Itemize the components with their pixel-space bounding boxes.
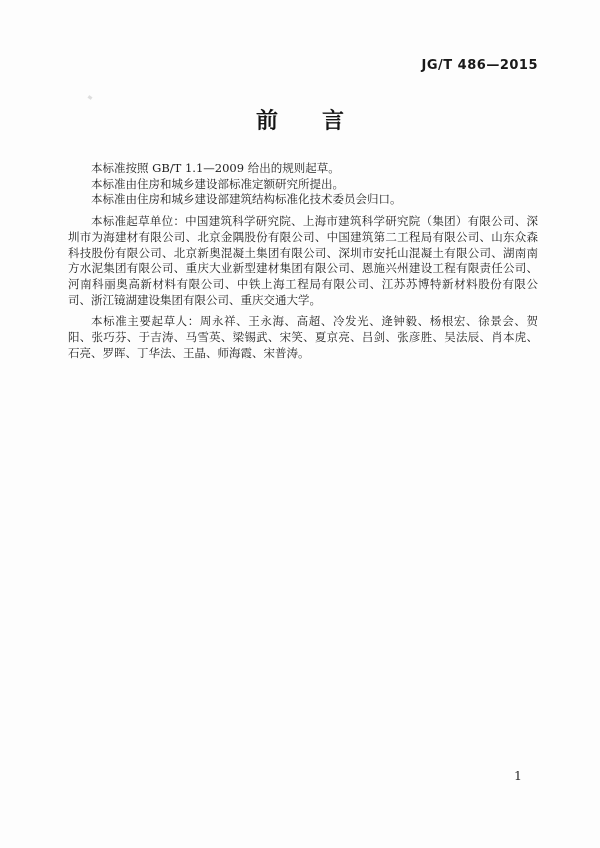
page-title: 前 言: [0, 104, 600, 135]
paragraph-main-drafters: 本标准主要起草人：周永祥、王永海、高超、冷发光、逄钟毅、杨根宏、徐景会、贺阳、张…: [68, 314, 538, 361]
paragraph-centralized-by: 本标准由住房和城乡建设部建筑结构标准化技术委员会归口。: [68, 192, 538, 208]
document-body: 本标准按照 GB/T 1.1—2009 给出的规则起草。 本标准由住房和城乡建设…: [68, 161, 538, 361]
page-number: 1: [514, 768, 522, 783]
paragraph-drafting-rule: 本标准按照 GB/T 1.1—2009 给出的规则起草。: [68, 161, 538, 177]
paragraph-proposed-by: 本标准由住房和城乡建设部标准定额研究所提出。: [68, 177, 538, 193]
document-page: JG/T 486—2015 前 言 本标准按照 GB/T 1.1—2009 给出…: [0, 0, 600, 848]
paragraph-drafting-organizations: 本标准起草单位：中国建筑科学研究院、上海市建筑科学研究院（集团）有限公司、深圳市…: [68, 214, 538, 308]
scan-artifact: [88, 95, 93, 100]
standard-number: JG/T 486—2015: [422, 58, 538, 73]
